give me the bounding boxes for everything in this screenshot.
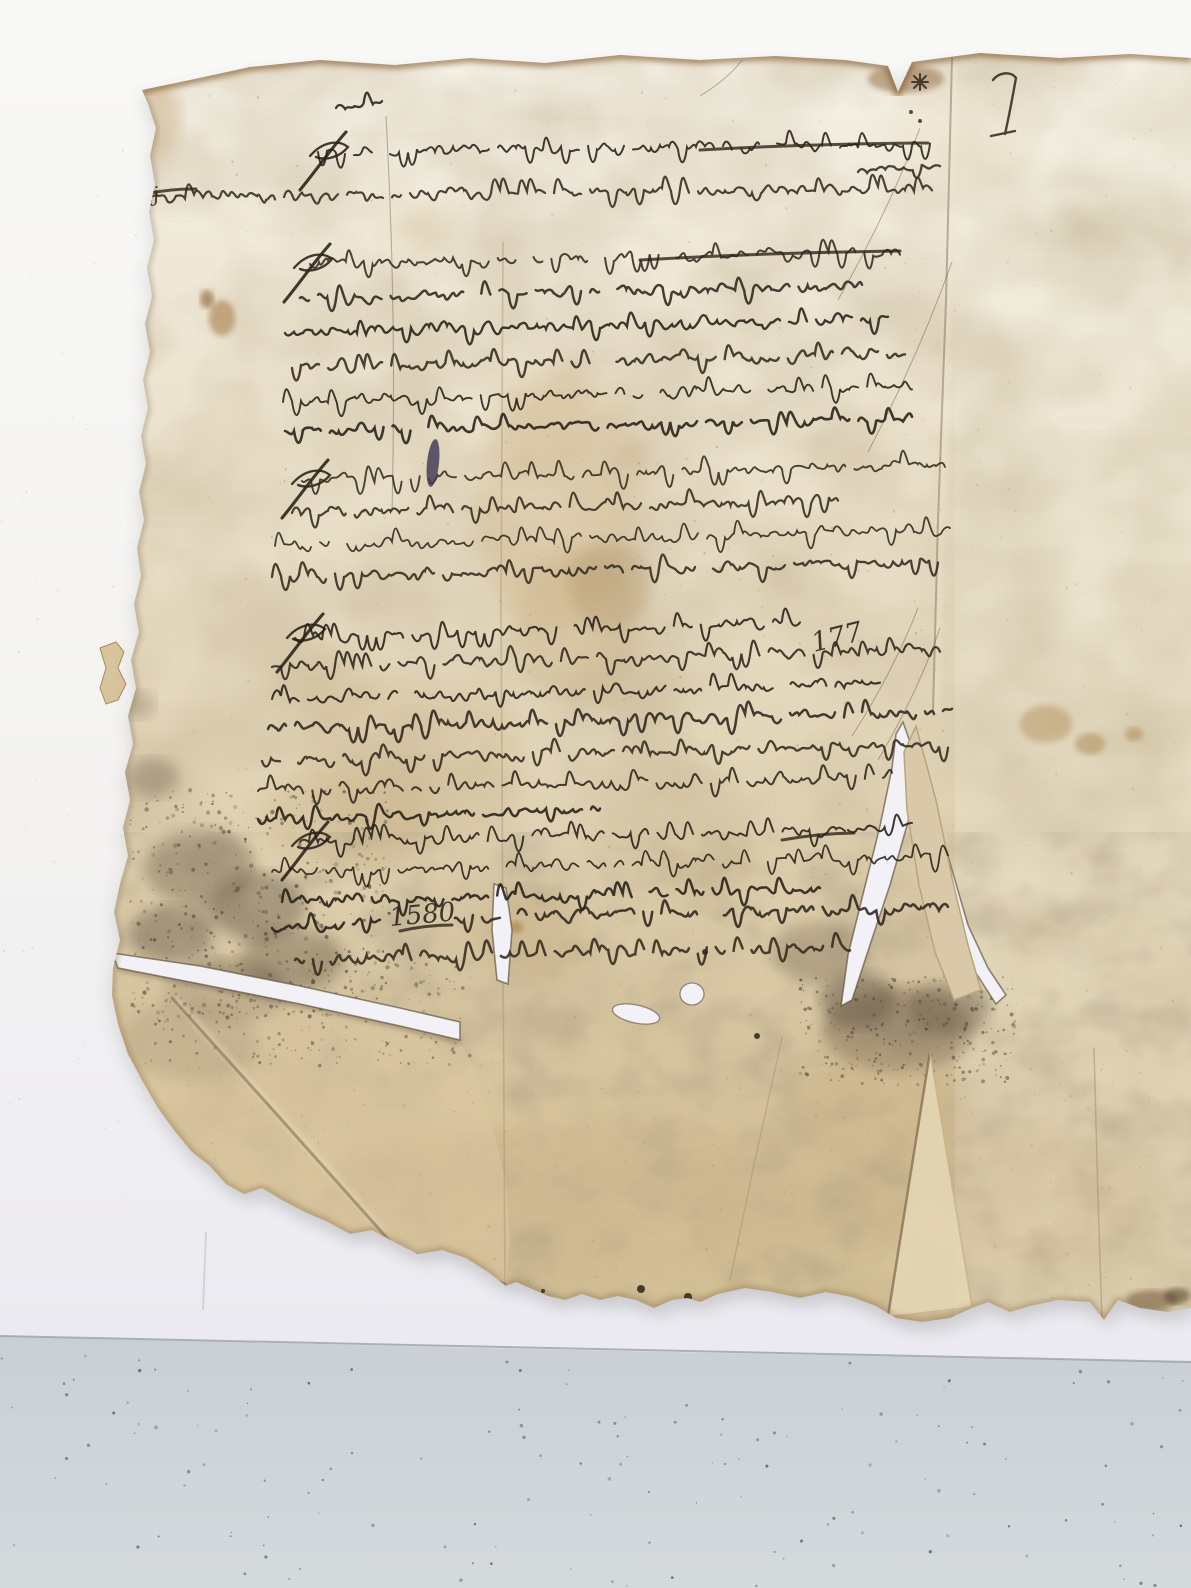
stain: [1164, 1288, 1190, 1304]
stain: [209, 300, 235, 336]
speck: [259, 202, 261, 204]
speck: [472, 1562, 474, 1564]
speck: [917, 678, 919, 680]
speck: [802, 586, 803, 587]
speck: [839, 1029, 840, 1030]
speck: [167, 929, 171, 933]
speck: [838, 316, 839, 317]
speck: [215, 1429, 218, 1432]
speck: [669, 548, 671, 550]
speck: [371, 818, 372, 819]
speck: [598, 372, 599, 373]
speck: [463, 204, 466, 207]
speck: [874, 1077, 877, 1080]
speck: [1132, 788, 1135, 791]
speck: [548, 121, 549, 122]
speck: [415, 1071, 416, 1072]
speck: [1115, 84, 1116, 85]
speck: [454, 988, 456, 990]
speck: [1011, 1023, 1014, 1026]
speck: [23, 825, 25, 827]
speck: [710, 722, 711, 723]
speck: [325, 881, 327, 883]
speck: [153, 889, 154, 890]
speck: [267, 1013, 268, 1014]
speck: [920, 629, 922, 631]
speck: [1139, 1072, 1141, 1074]
speck: [168, 868, 171, 871]
speck: [981, 1031, 984, 1034]
speck: [703, 551, 704, 552]
speck: [978, 850, 979, 851]
speck: [306, 862, 309, 865]
speck: [965, 1010, 967, 1012]
speck: [1010, 1013, 1014, 1017]
speck: [481, 87, 483, 89]
speck: [872, 983, 874, 985]
speck: [357, 868, 360, 871]
speck: [802, 1066, 805, 1069]
speck: [1180, 1525, 1183, 1528]
ink-dot: [909, 110, 913, 114]
speck: [316, 953, 318, 955]
ink-dot: [918, 119, 922, 123]
speck: [93, 159, 94, 160]
speck: [529, 614, 531, 616]
speck: [185, 905, 188, 908]
speck: [287, 1145, 288, 1146]
speck: [218, 1075, 221, 1078]
speck: [623, 698, 625, 700]
speck: [522, 1436, 525, 1439]
speck: [209, 763, 211, 765]
speck: [1033, 1093, 1035, 1095]
speck: [352, 992, 354, 994]
speck: [712, 1164, 715, 1167]
speck: [629, 1203, 630, 1204]
speck: [620, 807, 621, 808]
speck: [209, 931, 212, 934]
speck: [86, 429, 87, 430]
speck: [142, 827, 145, 830]
speck: [656, 462, 659, 465]
speck: [805, 1032, 807, 1034]
speck: [925, 1028, 927, 1030]
speck: [729, 558, 731, 560]
speck: [247, 1403, 248, 1404]
speck: [1098, 373, 1100, 375]
speck: [450, 162, 453, 165]
speck: [182, 804, 184, 806]
speck: [891, 978, 893, 980]
speck: [1100, 1068, 1103, 1071]
speck: [661, 238, 662, 239]
speck: [419, 249, 420, 250]
speck: [885, 275, 886, 276]
speck: [1142, 601, 1143, 602]
speck: [1051, 85, 1052, 86]
speck: [437, 991, 438, 992]
speck: [416, 1213, 417, 1214]
speck: [491, 204, 492, 205]
speck: [969, 1042, 972, 1045]
speck: [546, 318, 548, 320]
speck: [299, 804, 301, 806]
speck: [623, 1256, 626, 1259]
speck: [1130, 1278, 1132, 1280]
speck: [897, 1069, 898, 1070]
speck: [962, 1052, 964, 1054]
speck: [866, 808, 869, 811]
speck: [73, 910, 74, 911]
speck: [768, 1059, 770, 1061]
speck: [848, 1062, 849, 1063]
speck: [219, 826, 223, 830]
speck: [848, 1264, 849, 1265]
speck: [229, 965, 231, 967]
speck: [850, 877, 851, 878]
speck: [322, 868, 325, 871]
speck: [581, 308, 582, 309]
speck: [945, 183, 946, 184]
speck: [264, 1479, 266, 1481]
speck: [291, 234, 293, 236]
speck: [404, 1035, 407, 1038]
speck: [410, 966, 413, 969]
speck: [600, 1088, 602, 1090]
speck: [736, 628, 737, 629]
speck: [1114, 1521, 1115, 1522]
speck: [320, 360, 322, 362]
speck: [572, 831, 574, 833]
speck: [847, 1035, 850, 1038]
speck: [903, 1004, 905, 1006]
speck: [290, 550, 292, 552]
speck: [995, 1074, 997, 1076]
speck: [349, 980, 352, 983]
speck: [1058, 1082, 1061, 1085]
speck: [1, 1358, 3, 1360]
speck: [867, 1133, 869, 1135]
speck: [319, 870, 321, 872]
speck: [250, 1389, 252, 1391]
speck: [419, 981, 422, 984]
speck: [1040, 1174, 1042, 1176]
speck: [1123, 1055, 1125, 1057]
speck: [150, 1059, 153, 1062]
speck: [894, 112, 895, 113]
speck: [868, 570, 870, 572]
speck: [214, 1158, 216, 1160]
speck: [68, 656, 69, 657]
speck: [219, 1011, 222, 1014]
speck: [995, 1069, 997, 1071]
speck: [384, 820, 388, 824]
speck: [1086, 990, 1088, 992]
speck: [811, 1023, 813, 1025]
speck: [193, 820, 197, 824]
speck: [986, 1031, 988, 1033]
speck: [200, 801, 202, 803]
speck: [331, 1047, 335, 1051]
speck: [468, 1051, 470, 1053]
speck: [200, 895, 203, 898]
speck: [348, 950, 351, 953]
speck: [773, 1431, 776, 1434]
speck: [304, 951, 307, 954]
speck: [323, 1128, 325, 1130]
speck: [182, 1129, 184, 1131]
speck: [952, 825, 955, 828]
speck: [237, 1018, 238, 1019]
speck: [281, 1022, 282, 1023]
speck: [832, 1517, 835, 1520]
speck: [166, 999, 167, 1000]
speck: [388, 961, 390, 963]
speck: [899, 1044, 901, 1046]
speck: [1119, 1564, 1122, 1567]
speck: [918, 1026, 919, 1027]
speck: [241, 885, 242, 886]
speck: [239, 1011, 241, 1013]
speck: [207, 793, 208, 794]
speck: [744, 1002, 745, 1003]
speck: [970, 549, 971, 550]
speck: [755, 1065, 757, 1067]
speck: [842, 1116, 845, 1119]
speck: [885, 988, 886, 989]
speck: [982, 1051, 983, 1052]
speck: [168, 992, 170, 994]
speck: [939, 980, 941, 982]
speck: [520, 1424, 523, 1427]
speck: [244, 841, 246, 843]
speck: [531, 1094, 533, 1096]
stain: [200, 290, 214, 308]
speck: [448, 1063, 451, 1066]
speck: [145, 826, 147, 828]
speck: [650, 519, 651, 520]
speck: [810, 367, 812, 369]
speck: [1009, 152, 1011, 154]
speck: [496, 1062, 497, 1063]
speck: [182, 905, 184, 907]
speck: [1079, 1289, 1081, 1291]
speck: [454, 1111, 456, 1113]
speck: [366, 798, 367, 799]
speck: [866, 829, 867, 830]
speck: [894, 358, 895, 359]
speck: [435, 1041, 438, 1044]
speck: [915, 1033, 917, 1035]
speck: [568, 1228, 569, 1229]
speck: [243, 1033, 246, 1036]
speck: [980, 995, 984, 999]
speck: [1153, 1513, 1155, 1515]
speck: [314, 820, 315, 821]
speck: [209, 908, 210, 909]
speck: [665, 98, 667, 100]
speck: [677, 761, 679, 763]
speck: [427, 1062, 428, 1063]
speck: [799, 979, 802, 982]
speck: [950, 995, 952, 997]
speck: [292, 1010, 295, 1013]
speck: [717, 1252, 719, 1254]
speck: [214, 824, 216, 826]
speck: [1004, 1080, 1007, 1083]
speck: [203, 943, 205, 945]
speck: [855, 1065, 857, 1067]
speck: [131, 806, 133, 808]
speck: [466, 1169, 467, 1170]
speck: [207, 872, 209, 874]
speck: [376, 949, 380, 953]
speck: [238, 942, 241, 945]
speck: [1036, 284, 1038, 286]
speck: [1125, 1050, 1128, 1053]
speck: [530, 775, 532, 777]
stain: [1075, 733, 1105, 755]
speck: [943, 1386, 944, 1387]
speck: [514, 89, 517, 92]
speck: [555, 1166, 557, 1168]
speck: [1007, 364, 1008, 365]
speck: [512, 817, 514, 819]
speck: [1043, 1018, 1045, 1020]
speck: [382, 1053, 384, 1055]
speck: [218, 990, 221, 993]
speck: [350, 988, 353, 991]
speck: [653, 1259, 654, 1260]
speck: [230, 716, 232, 718]
speck: [217, 810, 221, 814]
speck: [166, 816, 170, 820]
speck: [933, 979, 937, 983]
speck: [14, 1131, 15, 1132]
speck: [716, 446, 718, 448]
speck: [965, 1022, 968, 1025]
speck: [568, 1369, 570, 1371]
speck: [300, 981, 301, 982]
speck: [971, 863, 973, 865]
speck: [1141, 629, 1143, 631]
speck: [766, 282, 768, 284]
speck: [318, 872, 319, 873]
speck: [1179, 1409, 1182, 1412]
speck: [953, 1007, 957, 1011]
speck: [84, 1355, 87, 1358]
speck: [1109, 916, 1111, 918]
speck: [204, 901, 206, 903]
speck: [623, 407, 624, 408]
speck: [17, 250, 18, 251]
speck: [533, 1249, 535, 1251]
speck: [368, 971, 370, 973]
speck: [382, 857, 385, 860]
speck: [236, 1007, 238, 1009]
speck: [571, 786, 572, 787]
speck: [291, 69, 292, 70]
speck: [641, 91, 643, 93]
speck: [585, 150, 587, 152]
speck: [285, 1171, 286, 1172]
speck: [332, 864, 333, 865]
speck: [527, 1280, 530, 1283]
speck: [976, 484, 978, 486]
speck: [955, 1162, 956, 1163]
speck: [381, 867, 385, 871]
speck: [959, 1010, 961, 1012]
speck: [213, 841, 217, 845]
speck: [831, 1063, 834, 1066]
speck: [893, 1069, 894, 1070]
speck: [843, 702, 845, 704]
speck: [210, 825, 213, 828]
speck: [243, 934, 247, 938]
speck: [732, 120, 734, 122]
speck: [142, 1004, 144, 1006]
speck: [189, 835, 191, 837]
speck: [783, 1192, 785, 1194]
speck: [287, 1047, 289, 1049]
speck: [220, 911, 223, 914]
speck: [318, 353, 319, 354]
speck: [790, 1184, 792, 1186]
speck: [245, 768, 247, 770]
speck: [259, 896, 260, 897]
speck: [617, 1200, 619, 1202]
speck: [776, 1116, 777, 1117]
speck: [545, 1151, 546, 1152]
speck: [761, 481, 763, 483]
speck: [873, 1060, 875, 1062]
speck: [826, 1056, 829, 1059]
speck: [257, 925, 260, 928]
speck: [190, 927, 194, 931]
speck: [830, 553, 833, 556]
speck: [230, 1014, 233, 1017]
speck: [270, 1063, 272, 1065]
speck: [1065, 587, 1067, 589]
speck: [162, 843, 165, 846]
speck: [345, 970, 348, 973]
speck: [61, 353, 63, 355]
speck: [238, 825, 240, 827]
speck: [288, 1578, 291, 1581]
speck: [834, 1047, 836, 1049]
speck: [226, 1004, 230, 1008]
speck: [146, 590, 147, 591]
speck: [1108, 1187, 1111, 1190]
speck: [345, 1039, 347, 1041]
speck: [253, 1007, 256, 1010]
speck: [240, 963, 242, 965]
speck: [765, 1465, 768, 1468]
speck: [252, 937, 254, 939]
speck: [965, 1057, 966, 1058]
speck: [268, 973, 272, 977]
speck: [749, 1014, 752, 1017]
speck: [1148, 1154, 1150, 1156]
speck: [961, 1077, 965, 1081]
speck: [658, 1070, 660, 1072]
speck: [68, 597, 69, 598]
speck: [150, 938, 153, 941]
speck: [1070, 1095, 1073, 1098]
speck: [264, 932, 268, 936]
speck: [1042, 1232, 1043, 1233]
